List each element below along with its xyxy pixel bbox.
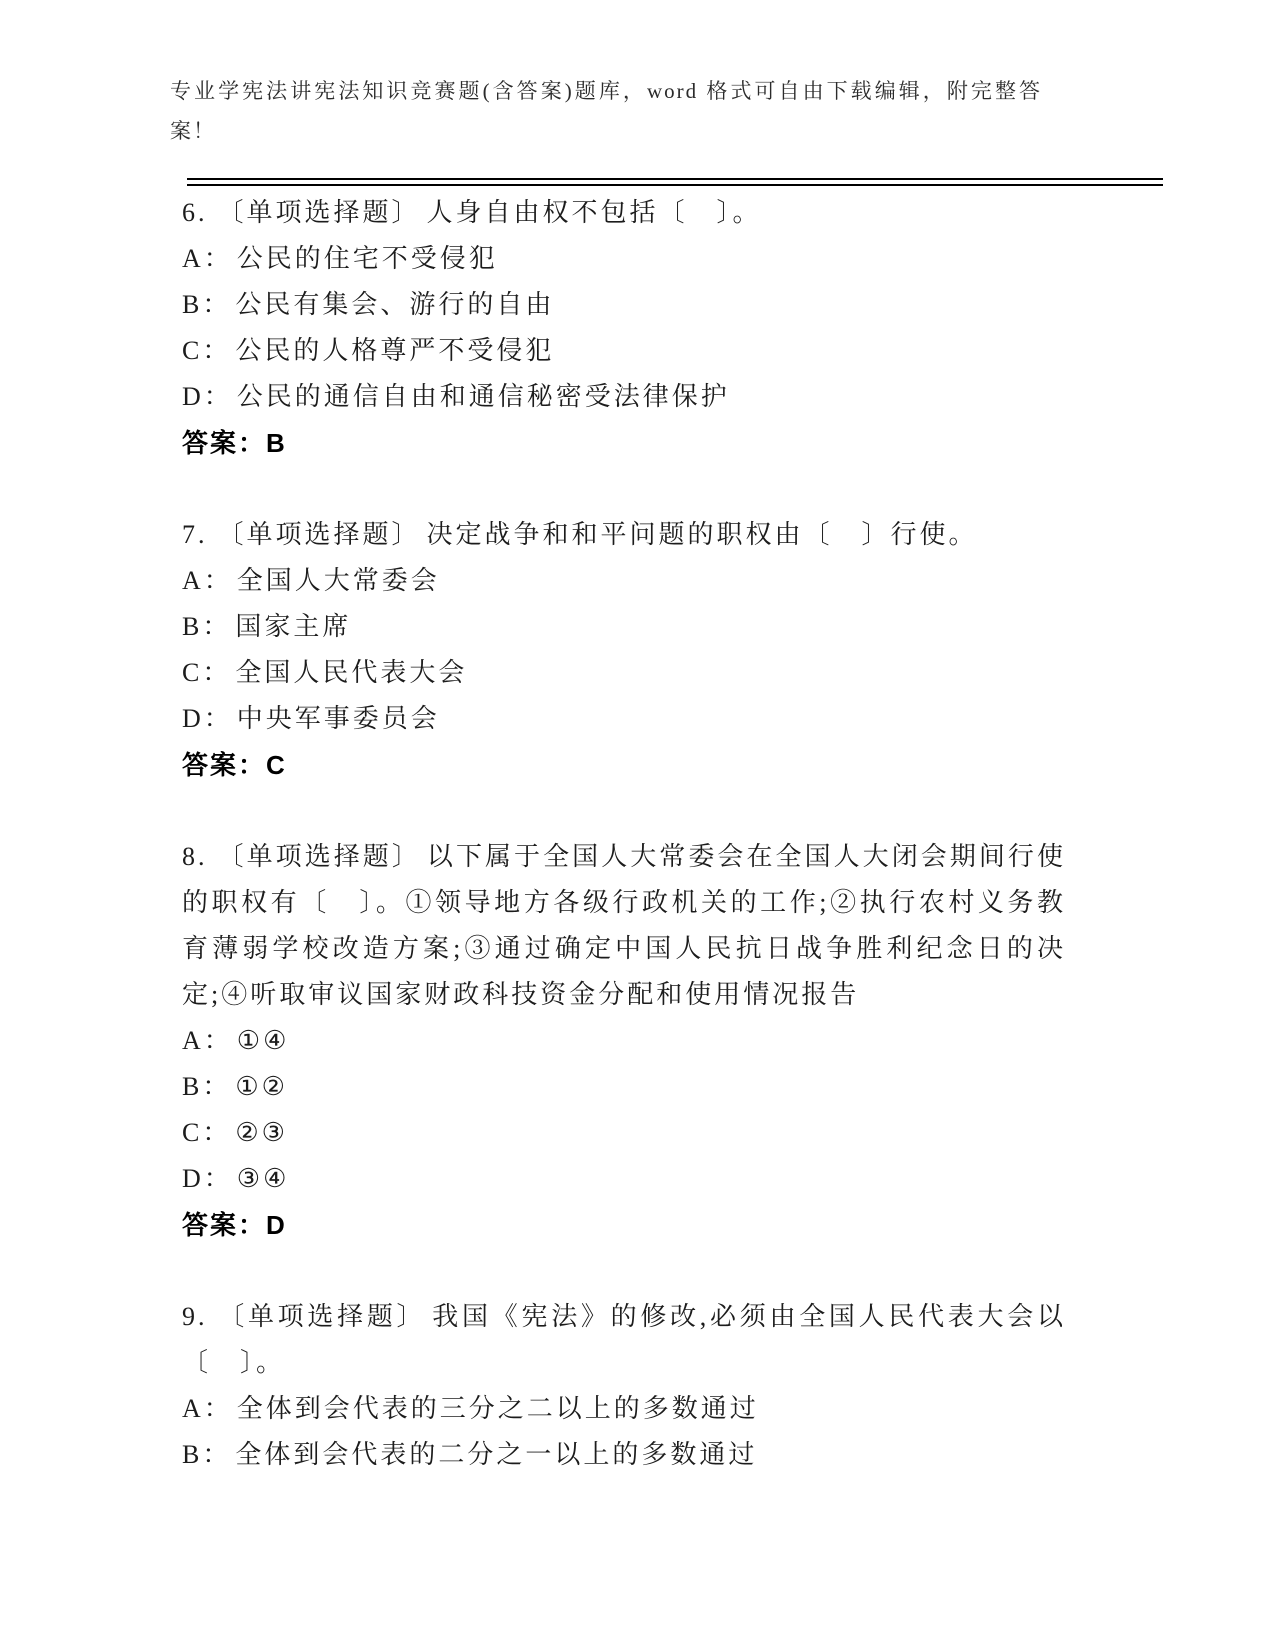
option-d: D：公民的通信自由和通信秘密受法律保护 — [182, 374, 1066, 420]
answer-value: B — [266, 428, 287, 458]
answer-label: 答案： — [182, 750, 266, 780]
option-label: A： — [182, 1394, 233, 1423]
document-body: 6.〔单项选择题〕人身自由权不包括〔 〕。 A：公民的住宅不受侵犯 B：公民有集… — [182, 190, 1066, 1478]
option-label: D： — [182, 704, 233, 733]
option-text: 中央军事委员会 — [237, 704, 440, 733]
option-a: A：全国人大常委会 — [182, 558, 1066, 604]
question-number: 7. — [182, 520, 208, 549]
option-text: 公民的住宅不受侵犯 — [237, 244, 498, 273]
option-d: D：③④ — [182, 1156, 1066, 1202]
option-d: D：中央军事委员会 — [182, 696, 1066, 742]
option-label: A： — [182, 1026, 233, 1055]
document-page: 专业学宪法讲宪法知识竞赛题(含答案)题库，word 格式可自由下载编辑，附完整答… — [0, 0, 1275, 1650]
option-b: B：全体到会代表的二分之一以上的多数通过 — [182, 1432, 1066, 1478]
option-text: 全体到会代表的二分之一以上的多数通过 — [235, 1440, 757, 1469]
option-label: B： — [182, 1072, 231, 1101]
option-label: A： — [182, 566, 233, 595]
option-a: A：全体到会代表的三分之二以上的多数通过 — [182, 1386, 1066, 1432]
option-text: ②③ — [235, 1118, 288, 1147]
option-text: 全体到会代表的三分之二以上的多数通过 — [237, 1394, 759, 1423]
option-text: 全国人大常委会 — [237, 566, 440, 595]
option-a: A：公民的住宅不受侵犯 — [182, 236, 1066, 282]
header-divider — [187, 178, 1163, 186]
question-type-label: 〔单项选择题〕 — [218, 842, 421, 871]
option-b: B：①② — [182, 1064, 1066, 1110]
question-text: 人身自由权不包括〔 〕。 — [427, 198, 762, 227]
option-c: C：公民的人格尊严不受侵犯 — [182, 328, 1066, 374]
question-stem: 6.〔单项选择题〕人身自由权不包括〔 〕。 — [182, 190, 1066, 236]
option-label: B： — [182, 290, 231, 319]
question-7: 7.〔单项选择题〕决定战争和和平问题的职权由〔 〕行使。 A：全国人大常委会 B… — [182, 512, 1066, 788]
answer-value: C — [266, 750, 287, 780]
option-text: ③④ — [237, 1164, 290, 1193]
question-stem: 9.〔单项选择题〕我国《宪法》的修改,必须由全国人民代表大会以〔 〕。 — [182, 1294, 1066, 1386]
option-text: 全国人民代表大会 — [235, 658, 467, 687]
option-text: ①④ — [237, 1026, 290, 1055]
option-text: ①② — [235, 1072, 288, 1101]
question-type-label: 〔单项选择题〕 — [218, 520, 421, 549]
header-title: 专业学宪法讲宪法知识竞赛题(含答案)题库，word 格式可自由下载编辑，附完整答… — [170, 71, 1042, 151]
option-b: B：公民有集会、游行的自由 — [182, 282, 1066, 328]
answer-row: 答案：C — [182, 742, 1066, 788]
option-label: D： — [182, 382, 233, 411]
option-c: C：②③ — [182, 1110, 1066, 1156]
question-type-label: 〔单项选择题〕 — [218, 198, 421, 227]
option-label: B： — [182, 612, 231, 641]
question-8: 8.〔单项选择题〕以下属于全国人大常委会在全国人大闭会期间行使的职权有〔 〕。①… — [182, 834, 1066, 1248]
question-type-label: 〔单项选择题〕 — [218, 1302, 427, 1331]
option-text: 公民的通信自由和通信秘密受法律保护 — [237, 382, 730, 411]
question-stem: 7.〔单项选择题〕决定战争和和平问题的职权由〔 〕行使。 — [182, 512, 1066, 558]
question-number: 8. — [182, 842, 208, 871]
option-text: 国家主席 — [235, 612, 351, 641]
option-text: 公民有集会、游行的自由 — [235, 290, 554, 319]
answer-value: D — [266, 1210, 287, 1240]
option-b: B：国家主席 — [182, 604, 1066, 650]
answer-label: 答案： — [182, 1210, 266, 1240]
option-label: C： — [182, 658, 231, 687]
question-text: 决定战争和和平问题的职权由〔 〕行使。 — [427, 520, 978, 549]
option-a: A：①④ — [182, 1018, 1066, 1064]
question-9: 9.〔单项选择题〕我国《宪法》的修改,必须由全国人民代表大会以〔 〕。 A：全体… — [182, 1294, 1066, 1478]
option-label: A： — [182, 244, 233, 273]
question-stem: 8.〔单项选择题〕以下属于全国人大常委会在全国人大闭会期间行使的职权有〔 〕。①… — [182, 834, 1066, 1018]
document-header: 专业学宪法讲宪法知识竞赛题(含答案)题库，word 格式可自由下载编辑，附完整答… — [170, 71, 1042, 151]
option-text: 公民的人格尊严不受侵犯 — [235, 336, 554, 365]
question-6: 6.〔单项选择题〕人身自由权不包括〔 〕。 A：公民的住宅不受侵犯 B：公民有集… — [182, 190, 1066, 466]
question-number: 9. — [182, 1302, 208, 1331]
answer-row: 答案：D — [182, 1202, 1066, 1248]
option-label: B： — [182, 1440, 231, 1469]
answer-row: 答案：B — [182, 420, 1066, 466]
option-label: C： — [182, 1118, 231, 1147]
question-number: 6. — [182, 198, 208, 227]
answer-label: 答案： — [182, 428, 266, 458]
option-label: D： — [182, 1164, 233, 1193]
option-label: C： — [182, 336, 231, 365]
option-c: C：全国人民代表大会 — [182, 650, 1066, 696]
